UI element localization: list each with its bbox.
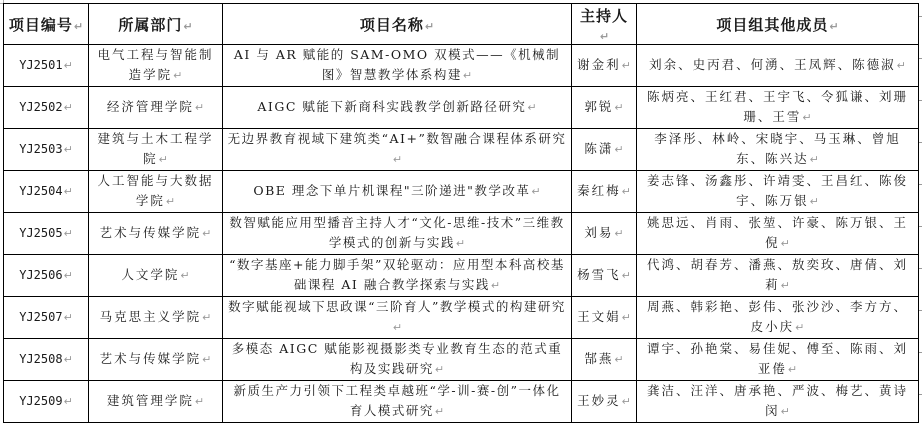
paragraph-mark-icon: ↵ [166,195,175,208]
paragraph-mark-icon: ↵ [897,59,906,72]
cell-project-name: 无边界教育视域下建筑类“AI+”数智融合课程体系研究↵ [223,129,572,171]
table-row: YJ2506↵ 人文学院↵ “数字基座+能力脚手架”双轮驱动：应用型本科高校基础… [4,255,919,297]
table-row: YJ2508↵ 艺术与传媒学院↵ 多模态 AIGC 赋能影视摄影类专业教育生态的… [4,339,919,381]
paragraph-mark-icon: ↵ [195,101,204,114]
cell-members: 陈炳亮、王红君、王宇飞、令狐谦、刘珊珊、王雪↵ [637,87,919,129]
cell-project-name: AIGC 赋能下新商科实践教学创新路径研究↵ [223,87,572,129]
paragraph-mark-icon: ↵ [491,279,500,292]
cell-leader: 郜燕↵ [572,339,637,381]
table-row: YJ2503↵ 建筑与土木工程学院↵ 无边界教育视域下建筑类“AI+”数智融合课… [4,129,919,171]
paragraph-mark-icon: ↵ [64,311,73,324]
paragraph-mark-icon: ↵ [829,20,838,33]
paragraph-mark-icon: ↵ [64,101,73,114]
cell-department: 经济管理学院↵ [89,87,223,129]
row-end-mark [919,100,922,101]
paragraph-mark-icon: ↵ [781,279,790,292]
paragraph-mark-icon: ↵ [600,30,609,43]
cell-project-name: 新质生产力引领下工程类卓越班“学-训-赛-创”一体化育人模式研究↵ [223,381,572,423]
paragraph-mark-icon: ↵ [614,227,623,240]
cell-id: YJ2508↵ [4,339,89,381]
cell-department: 建筑与土木工程学院↵ [89,129,223,171]
paragraph-mark-icon: ↵ [614,353,623,366]
paragraph-mark-icon: ↵ [531,185,540,198]
cell-project-name: OBE 理念下单片机课程"三阶递进"教学改革↵ [223,171,572,213]
paragraph-mark-icon: ↵ [159,153,168,166]
table-row: YJ2504↵ 人工智能与大数据学院↵ OBE 理念下单片机课程"三阶递进"教学… [4,171,919,213]
cell-id: YJ2503↵ [4,129,89,171]
cell-project-name: 多模态 AIGC 赋能影视摄影类专业教育生态的范式重构及实践研究↵ [223,339,572,381]
cell-members: 代鸿、胡春芳、潘燕、敖奕玫、唐倩、刘莉↵ [637,255,919,297]
table-row: YJ2507↵ 马克思主义学院↵ 数字赋能视域下思政课“三阶育人”教学模式的构建… [4,297,919,339]
cell-id: YJ2505↵ [4,213,89,255]
cell-project-name: “数字基座+能力脚手架”双轮驱动：应用型本科高校基础课程 AI 融合教学探索与实… [223,255,572,297]
cell-id: YJ2509↵ [4,381,89,423]
paragraph-mark-icon: ↵ [64,353,73,366]
cell-leader: 刘易↵ [572,213,637,255]
paragraph-mark-icon: ↵ [435,405,444,418]
paragraph-mark-icon: ↵ [435,363,444,376]
paragraph-mark-icon: ↵ [202,227,211,240]
header-leader: 主持人↵ [572,4,637,45]
paragraph-mark-icon: ↵ [527,101,536,114]
paragraph-mark-icon: ↵ [463,69,472,82]
header-row: 项目编号↵ 所属部门↵ 项目名称↵ 主持人↵ 项目组其他成员↵ [4,4,919,45]
row-end-mark [919,184,922,185]
cell-members: 谭宇、孙艳棠、易佳妮、傅至、陈雨、刘亚倦↵ [637,339,919,381]
cell-leader: 杨雪飞↵ [572,255,637,297]
cell-department: 建筑管理学院↵ [89,381,223,423]
header-department: 所属部门↵ [89,4,223,45]
paragraph-mark-icon: ↵ [64,59,73,72]
table-row: YJ2505↵ 艺术与传媒学院↵ 数智赋能应用型播音主持人才“文化-思维-技术”… [4,213,919,255]
row-end-mark [919,16,922,17]
cell-members: 刘余、史丙君、何湧、王凤辉、陈德淑↵ [637,45,919,87]
cell-members: 龚洁、汪洋、唐承艳、严波、梅艺、黄诗闵↵ [637,381,919,423]
paragraph-mark-icon: ↵ [802,111,811,124]
table-row: YJ2502↵ 经济管理学院↵ AIGC 赋能下新商科实践教学创新路径研究↵ 郭… [4,87,919,129]
cell-department: 电气工程与智能制造学院↵ [89,45,223,87]
paragraph-mark-icon: ↵ [64,143,73,156]
table-row: YJ2509↵ 建筑管理学院↵ 新质生产力引领下工程类卓越班“学-训-赛-创”一… [4,381,919,423]
paragraph-mark-icon: ↵ [64,185,73,198]
paragraph-mark-icon: ↵ [64,395,73,408]
cell-members: 姜志锋、汤鑫彤、许靖雯、王昌红、陈俊宇、陈万银↵ [637,171,919,213]
paragraph-mark-icon: ↵ [393,321,402,334]
paragraph-mark-icon: ↵ [622,269,631,282]
cell-members: 周燕、韩彩艳、彭伟、张沙沙、李方方、皮小庆↵ [637,297,919,339]
cell-leader: 秦红梅↵ [572,171,637,213]
cell-id: YJ2502↵ [4,87,89,129]
cell-project-name: 数智赋能应用型播音主持人才“文化-思维-技术”三维教学模式的创新与实践↵ [223,213,572,255]
document-page: 项目编号↵ 所属部门↵ 项目名称↵ 主持人↵ 项目组其他成员↵ YJ2501↵ … [0,0,924,426]
cell-project-name: AI 与 AR 赋能的 SAM-OMO 双模式——《机械制图》智慧教学体系构建↵ [223,45,572,87]
cell-leader: 王文娟↵ [572,297,637,339]
row-end-mark [919,394,922,395]
paragraph-mark-icon: ↵ [810,153,819,166]
paragraph-mark-icon: ↵ [788,363,797,376]
row-end-mark [919,352,922,353]
paragraph-mark-icon: ↵ [64,269,73,282]
row-end-mark [919,142,922,143]
paragraph-mark-icon: ↵ [64,227,73,240]
row-end-mark [919,58,922,59]
cell-id: YJ2507↵ [4,297,89,339]
cell-id: YJ2506↵ [4,255,89,297]
paragraph-mark-icon: ↵ [425,20,434,33]
paragraph-mark-icon: ↵ [183,20,192,33]
cell-leader: 陈潇↵ [572,129,637,171]
paragraph-mark-icon: ↵ [614,101,623,114]
row-end-mark [919,310,922,311]
paragraph-mark-icon: ↵ [456,237,465,250]
cell-department: 艺术与传媒学院↵ [89,339,223,381]
paragraph-mark-icon: ↵ [393,153,402,166]
row-end-mark [919,268,922,269]
header-members: 项目组其他成员↵ [637,4,919,45]
cell-department: 人文学院↵ [89,255,223,297]
header-project-name: 项目名称↵ [223,4,572,45]
cell-members: 李泽彤、林岭、宋晓宇、马玉琳、曾旭东、陈兴达↵ [637,129,919,171]
paragraph-mark-icon: ↵ [795,321,804,334]
paragraph-mark-icon: ↵ [622,395,631,408]
cell-id: YJ2504↵ [4,171,89,213]
paragraph-mark-icon: ↵ [173,69,182,82]
paragraph-mark-icon: ↵ [202,311,211,324]
cell-leader: 谢金利↵ [572,45,637,87]
cell-department: 人工智能与大数据学院↵ [89,171,223,213]
paragraph-mark-icon: ↵ [622,185,631,198]
paragraph-mark-icon: ↵ [202,353,211,366]
header-id: 项目编号↵ [4,4,89,45]
paragraph-mark-icon: ↵ [195,395,204,408]
cell-id: YJ2501↵ [4,45,89,87]
project-table: 项目编号↵ 所属部门↵ 项目名称↵ 主持人↵ 项目组其他成员↵ YJ2501↵ … [3,3,919,423]
cell-leader: 郭锐↵ [572,87,637,129]
table-row: YJ2501↵ 电气工程与智能制造学院↵ AI 与 AR 赋能的 SAM-OMO… [4,45,919,87]
paragraph-mark-icon: ↵ [74,20,83,33]
row-end-mark [919,226,922,227]
cell-department: 马克思主义学院↵ [89,297,223,339]
paragraph-mark-icon: ↵ [180,269,189,282]
paragraph-mark-icon: ↵ [614,143,623,156]
cell-project-name: 数字赋能视域下思政课“三阶育人”教学模式的构建研究↵ [223,297,572,339]
paragraph-mark-icon: ↵ [622,59,631,72]
paragraph-mark-icon: ↵ [622,311,631,324]
cell-department: 艺术与传媒学院↵ [89,213,223,255]
cell-members: 姚思远、肖雨、张堃、许豪、陈万银、王倪↵ [637,213,919,255]
paragraph-mark-icon: ↵ [781,237,790,250]
paragraph-mark-icon: ↵ [781,405,790,418]
paragraph-mark-icon: ↵ [810,195,819,208]
cell-leader: 王妙灵↵ [572,381,637,423]
